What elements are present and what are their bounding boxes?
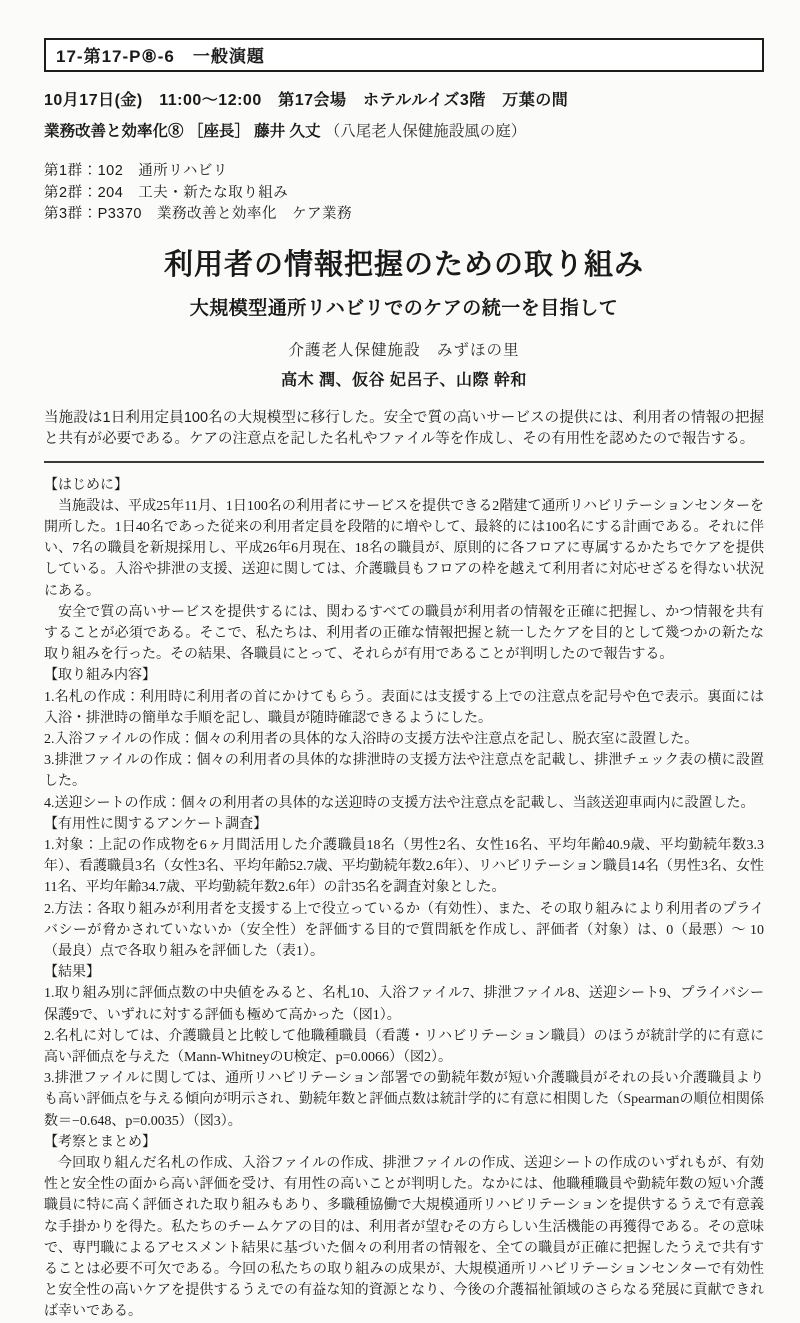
paragraph: 3.排泄ファイルの作成：個々の利用者の具体的な排泄時の支援方法や注意点を記載し、… [44, 750, 764, 792]
paragraph: 1.名札の作成：利用時に利用者の首にかけてもらう。表面には支援する上での注意点を… [44, 687, 764, 729]
paragraph: 1.取り組み別に評価点数の中央値をみると、名札10、入浴ファイル7、排泄ファイル… [44, 983, 764, 1025]
session-code-box: 17-第17-P⑧-6 一般演題 [44, 38, 764, 72]
paragraph: 安全で質の高いサービスを提供するには、関わるすべての職員が利用者の情報を正確に把… [44, 602, 764, 666]
paper-title: 利用者の情報把握のための取り組み [44, 242, 764, 283]
paragraph: 2.方法：各取り組みが利用者を支援する上で役立っているか（有効性）、また、その取… [44, 899, 764, 963]
body-text: 【はじめに】 当施設は、平成25年11月、1日100名の利用者にサービスを提供で… [44, 475, 764, 1323]
chair-name: 藤井 久丈 [254, 123, 320, 140]
paragraph: 2.入浴ファイルの作成：個々の利用者の具体的な入浴時の支援方法や注意点を記し、脱… [44, 729, 764, 750]
paragraph: 2.名札に対しては、介護職員と比較して他職種職員（看護・リハビリテーション職員）… [44, 1026, 764, 1068]
section-heading-results: 【結果】 [44, 962, 764, 983]
session-datetime: 10月17日(金) 11:00～12:00 第17会場 ホテルルイズ3階 万葉の… [44, 87, 764, 110]
chair-label: ［座長］ [188, 123, 250, 140]
section-heading-survey: 【有用性に関するアンケート調査】 [44, 814, 764, 835]
group-line-2: 第2群：204 工夫・新たな取り組み [44, 183, 764, 205]
section-heading-discussion: 【考察とまとめ】 [44, 1132, 764, 1153]
abstract-text: 当施設は1日利用定員100名の大規模型に移行した。安全で質の高いサービスの提供に… [44, 408, 764, 451]
paragraph: 4.送迎シートの作成：個々の利用者の具体的な送迎時の支援方法や注意点を記載し、当… [44, 793, 764, 814]
group-line-3: 第3群：P3370 業務改善と効率化 ケア業務 [44, 204, 764, 226]
author-names: 高木 潤、仮谷 妃呂子、山際 幹和 [44, 367, 764, 390]
paragraph: 1.対象：上記の作成物を6ヶ月間活用した介護職員18名（男性2名、女性16名、平… [44, 835, 764, 899]
session-chair-line: 業務改善と効率化⑧ ［座長］ 藤井 久丈 （八尾老人保健施設風の庭） [44, 119, 764, 141]
abstract-page: 17-第17-P⑧-6 一般演題 10月17日(金) 11:00～12:00 第… [0, 0, 800, 1064]
section-heading-activities: 【取り組み内容】 [44, 665, 764, 686]
chair-affiliation: （八尾老人保健施設風の庭） [325, 123, 527, 140]
section-heading-intro: 【はじめに】 [44, 475, 764, 496]
paragraph: 3.排泄ファイルに関しては、通所リハビリテーション部署での勤続年数が短い介護職員… [44, 1068, 764, 1132]
divider [44, 461, 764, 463]
paragraph: 当施設は、平成25年11月、1日100名の利用者にサービスを提供できる2階建て通… [44, 496, 764, 602]
session-category: 業務改善と効率化⑧ [44, 123, 184, 140]
author-affiliation: 介護老人保健施設 みずほの里 [44, 338, 764, 360]
paragraph: 今回取り組んだ名札の作成、入浴ファイルの作成、排泄ファイルの作成、送迎シートの作… [44, 1153, 764, 1323]
group-list: 第1群：102 通所リハビリ 第2群：204 工夫・新たな取り組み 第3群：P3… [44, 161, 764, 226]
paper-subtitle: 大規模型通所リハビリでのケアの統一を目指して [44, 293, 764, 320]
session-code: 17-第17-P⑧-6 一般演題 [56, 47, 265, 66]
group-line-1: 第1群：102 通所リハビリ [44, 161, 764, 183]
